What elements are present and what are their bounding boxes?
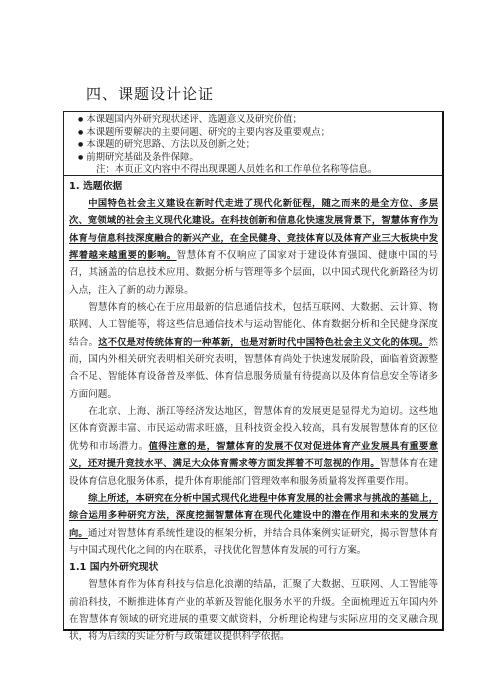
heading-research-status: 1.1 国内外研究现状 [69,559,438,576]
paragraph-2: 智慧体育的核心在于应用最新的信息通信技术，包括互联网、大数据、云计算、物联网、人… [69,299,438,403]
paragraph-1: 中国特色社会主义建设在新时代走进了现代化新征程，随之而来的是全方位、多层次、宽领… [69,195,438,299]
emphasis-text: 这不仅是对传统体育的一种革新，也是对新时代中国特色社会主义文化的体现。 [98,337,428,348]
instructions-list: 本课题国内外研究现状述评、选题意义及研究价值； 本课题所要解决的主要问题、研究的… [64,112,442,176]
argument-box: 本课题国内外研究现状述评、选题意义及研究价值； 本课题所要解决的主要问题、研究的… [63,111,444,631]
section-title: 四、课题设计论证 [86,83,214,104]
instruction-item: 本课题的研究思路、方法以及创新之处； [78,139,442,152]
paragraph-4: 综上所述，本研究在分析中国式现代化进程中体育发展的社会需求与挑战的基础上，综合运… [69,490,438,559]
instruction-item: 前期研究基础及条件保障。 [78,152,442,165]
instruction-item: 本课题国内外研究现状述评、选题意义及研究价值； [78,114,442,127]
paragraph-3: 在北京、上海、浙江等经济发达地区，智慧体育的发展更是显得尤为迫切。这些地区体育资… [69,403,438,490]
heading-topic-basis: 1. 选题依据 [69,178,438,195]
body-text: 智慧体育作为体育科技与信息化浪潮的结晶，汇聚了大数据、互联网、人工智能等前沿科技… [69,579,438,642]
body-text: 通过对智慧体育系统性建设的框架分析，并结合具体案例实证研究，揭示智慧体育与中国式… [69,528,438,556]
body-content: 1. 选题依据 中国特色社会主义建设在新时代走进了现代化新征程，随之而来的是全方… [64,176,442,646]
paragraph-5: 智慧体育作为体育科技与信息化浪潮的结晶，汇聚了大数据、互联网、人工智能等前沿科技… [69,576,438,645]
instruction-item: 本课题所要解决的主要问题、研究的主要内容及重要观点； [78,127,442,140]
